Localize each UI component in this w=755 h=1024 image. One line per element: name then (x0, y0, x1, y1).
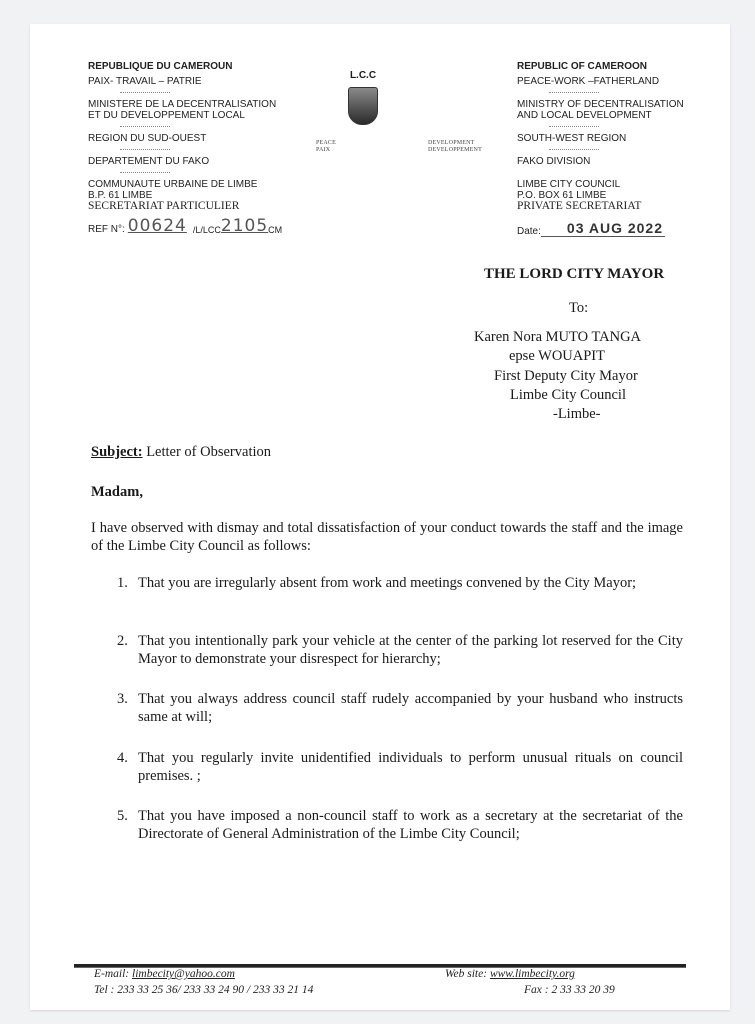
recipient-name-line1: Karen Nora MUTO TANGA (474, 329, 641, 346)
item-number: 1. (117, 574, 128, 592)
ref-label: REF N°: (88, 224, 125, 235)
date-label: Date: (517, 226, 541, 237)
motto-en: PEACE-WORK –FATHERLAND (517, 76, 684, 87)
divider (549, 92, 599, 93)
recipient-name-line2: epse WOUAPIT (509, 348, 605, 365)
footer-website: Web site: www.limbecity.org (445, 968, 575, 980)
item-number: 2. (117, 632, 128, 650)
department-fr: DEPARTEMENT DU FAKO (88, 156, 282, 167)
footer-email: E-mail: limbecity@yahoo.com (94, 968, 235, 980)
motto-development: DEVELOPMENT DEVELOPPEMENT (428, 140, 482, 154)
subject-line: Subject: Letter of Observation (91, 443, 683, 461)
list-item: 3. That you always address council staff… (117, 690, 683, 726)
council-logo: L.C.C (333, 70, 393, 125)
logo-text: L.C.C (333, 70, 393, 81)
recipient-location: -Limbe- (553, 406, 601, 423)
division-en: FAKO DIVISION (517, 156, 684, 167)
ref-suffix: CM (268, 225, 282, 235)
item-number: 4. (117, 749, 128, 767)
subject-text: Letter of Observation (143, 444, 271, 460)
list-item: 2. That you intentionally park your vehi… (117, 632, 683, 668)
country-en: REPUBLIC OF CAMEROON (517, 61, 684, 72)
item-number: 5. (117, 807, 128, 825)
email-label: E-mail: (94, 968, 132, 980)
ministry-en-line2: AND LOCAL DEVELOPMENT (517, 110, 684, 121)
ref-number-handwritten: 00624 (128, 218, 187, 235)
website-link[interactable]: www.limbecity.org (490, 968, 575, 980)
divider (120, 126, 170, 127)
sender-title: THE LORD CITY MAYOR (484, 266, 664, 283)
divider (549, 126, 599, 127)
secretariat-fr: SECRETARIAT PARTICULIER (88, 201, 282, 212)
website-label: Web site: (445, 968, 490, 980)
motto-development-en: DEVELOPMENT (428, 140, 482, 147)
divider (549, 149, 599, 150)
footer-fax: Fax : 2 33 33 20 39 (524, 984, 615, 996)
motto-peace-en: PEACE (316, 140, 336, 147)
council-en: LIMBE CITY COUNCIL (517, 179, 684, 190)
divider (120, 92, 170, 93)
motto-development-fr: DEVELOPPEMENT (428, 147, 482, 154)
date-stamp: 03 AUG 2022 (541, 220, 665, 237)
footer-tel: Tel : 233 33 25 36/ 233 33 24 90 / 233 3… (94, 984, 313, 996)
council-fr: COMMUNAUTE URBAINE DE LIMBE (88, 179, 282, 190)
coat-of-arms-icon (348, 87, 378, 125)
ministry-fr-line1: MINISTERE DE LA DECENTRALISATION (88, 99, 282, 110)
email-link[interactable]: limbecity@yahoo.com (132, 968, 235, 980)
item-text: That you have imposed a non-council staf… (138, 807, 683, 843)
country-fr: REPUBLIQUE DU CAMEROUN (88, 61, 282, 72)
intro-paragraph: I have observed with dismay and total di… (91, 519, 683, 555)
region-en: SOUTH-WEST REGION (517, 133, 684, 144)
list-item: 1. That you are irregularly absent from … (117, 574, 683, 592)
region-fr: REGION DU SUD-OUEST (88, 133, 282, 144)
list-item: 4. That you regularly invite unidentifie… (117, 749, 683, 785)
to-label: To: (569, 300, 588, 317)
salutation: Madam, (91, 483, 683, 501)
secretariat-en: PRIVATE SECRETARIAT (517, 201, 684, 212)
ministry-fr-line2: ET DU DEVELOPPEMENT LOCAL (88, 110, 282, 121)
recipient-organization: Limbe City Council (510, 387, 626, 404)
ref-code-handwritten: 2105 (221, 218, 268, 235)
date-row: Date: 03 AUG 2022 (517, 220, 684, 237)
item-text: That you always address council staff ru… (138, 690, 683, 726)
ref-mid: /L/LCC (193, 225, 221, 235)
divider (120, 149, 170, 150)
divider (120, 172, 170, 173)
item-number: 3. (117, 690, 128, 708)
reference-number: REF N°: 00624 /L/LCC 2105 CM (88, 218, 282, 235)
item-text: That you regularly invite unidentified i… (138, 749, 683, 785)
recipient-title: First Deputy City Mayor (494, 368, 638, 385)
motto-peace-fr: PAIX (316, 147, 336, 154)
item-text: That you intentionally park your vehicle… (138, 632, 683, 668)
header-right: REPUBLIC OF CAMEROON PEACE-WORK –FATHERL… (517, 61, 684, 237)
item-text: That you are irregularly absent from wor… (138, 574, 683, 592)
header-left: REPUBLIQUE DU CAMEROUN PAIX- TRAVAIL – P… (88, 61, 282, 235)
subject-label: Subject: (91, 444, 143, 460)
ministry-en-line1: MINISTRY OF DECENTRALISATION (517, 99, 684, 110)
list-item: 5. That you have imposed a non-council s… (117, 807, 683, 843)
motto-fr: PAIX- TRAVAIL – PATRIE (88, 76, 282, 87)
motto-peace: PEACE PAIX (316, 140, 336, 154)
